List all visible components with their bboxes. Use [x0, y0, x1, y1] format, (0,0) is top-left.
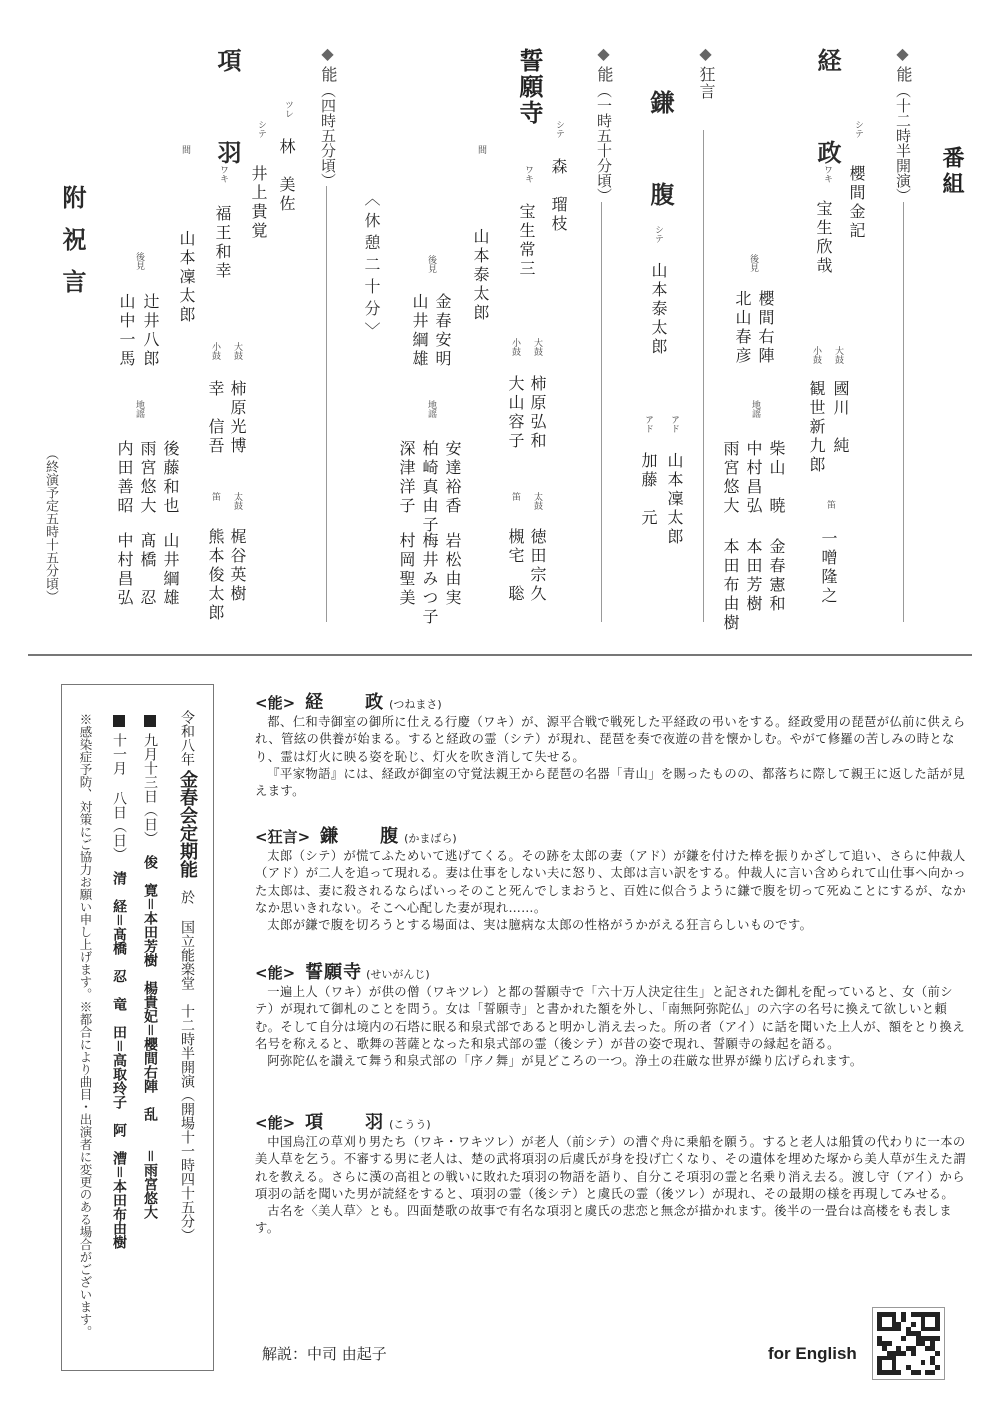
role-label: ワキ — [218, 165, 228, 183]
commentary-title: 誓願寺 — [305, 962, 362, 983]
role-label: アド — [669, 415, 679, 433]
qr-code-icon[interactable] — [872, 1307, 945, 1380]
jiutai-label: 地謡 — [750, 400, 760, 418]
role-label: 太鼓 — [532, 492, 542, 510]
hayashi-name: 一噌隆之 — [818, 530, 838, 606]
jiutai-label: 地謡 — [426, 400, 436, 418]
jiutai-name: 後藤和也 — [160, 440, 180, 516]
jiutai-name: 中村昌弘 — [743, 440, 763, 516]
commentary-seiganji: <能>誓願寺(せいがんじ) 一遍上人（ワキ）が供の僧（ワキツレ）と都の誓願寺で「… — [255, 962, 970, 1070]
role-label: 笛 — [210, 492, 220, 501]
square-bullet-icon — [144, 715, 156, 727]
divider-line — [703, 130, 704, 622]
schedule-row: 九月十三日（日）俊 寛＝本田芳樹 楊貴妃＝櫻間右陣 乱 ＝雨宮悠大 — [140, 715, 160, 1219]
role-label: ツレ — [283, 100, 293, 118]
diamond-icon: ◆ — [594, 44, 613, 63]
commentary-tsunemasa: <能>経 政(つねまさ) 都、仁和寺御室の御所に仕える行慶（ワキ）が、源平合戦で… — [255, 692, 970, 800]
jiutai-name: 安達裕香 — [442, 440, 462, 516]
hayashi-name: 梶谷英樹 — [227, 528, 247, 604]
play-title-tsukeshugen: 附祝言 — [55, 185, 90, 311]
hayashi-name: 観世新九郎 — [806, 380, 826, 475]
role-label: シテ — [554, 120, 564, 138]
role-label: 小鼓 — [210, 342, 220, 360]
koken-name: 金春安明 — [432, 293, 452, 369]
role-label: 小鼓 — [510, 338, 520, 356]
cast-name: 櫻間金記 — [846, 165, 866, 241]
schedule-row: 十一月 八日（日）清 経＝髙橋 忍 竜 田＝高取玲子 阿 漕＝本田布由樹 — [109, 715, 129, 1249]
event-title: 金春会定期能 — [177, 770, 198, 878]
cast-name: 山本泰太郎 — [470, 228, 490, 323]
koken-name: 山井綱雄 — [409, 293, 429, 369]
role-label: 間 — [180, 145, 190, 154]
role-label: 大鼓 — [232, 342, 242, 360]
section-heading-seiganji: 能（一時五十分頃） — [593, 66, 616, 203]
play-title-seiganji: 誓願寺 — [512, 48, 547, 126]
koken-name: 北山春彦 — [732, 290, 752, 366]
role-label: 大鼓 — [833, 346, 843, 364]
role-label: 小鼓 — [811, 346, 821, 364]
jiutai-name: 中村昌弘 — [114, 532, 134, 608]
hayashi-name: 徳田宗久 — [527, 528, 547, 604]
role-label: 大鼓 — [532, 338, 542, 356]
hayashi-name: 大山容子 — [505, 375, 525, 451]
hayashi-name: 幸 信吾 — [205, 380, 225, 456]
end-time-note: （終演予定五時十五分頃） — [41, 447, 60, 603]
intermission-note: 〈休憩二十分〉 — [360, 190, 383, 344]
hayashi-name: 國川 純 — [830, 380, 850, 456]
section-heading-kou: 能（四時五分頃） — [317, 66, 340, 188]
commentary-kou: <能>項 羽(こうう) 中国烏江の草刈り男たち（ワキ・ワキツレ）が老人（前シテ）… — [255, 1112, 970, 1238]
commentary-kamabara: <狂言>鎌 腹(かまばら) 太郎（シテ）が慌てふためいて逃げてくる。その跡を太郎… — [255, 826, 970, 934]
jiutai-name: 深津洋子 — [396, 440, 416, 516]
role-label: 間 — [476, 145, 486, 154]
diamond-icon: ◆ — [893, 44, 912, 63]
info-header: 令和八年金春会定期能於 国立能楽堂 十二時半開演（開場十一時四十五分） — [174, 710, 200, 1242]
cast-name: 林 美佐 — [276, 138, 296, 214]
koken-label: 後見 — [748, 254, 758, 272]
jiutai-name: 柴山 暁 — [766, 440, 786, 516]
role-label: ワキ — [822, 165, 832, 183]
jiutai-name: 柏崎真由子 — [419, 440, 439, 535]
cast-name: 森 瑠枝 — [548, 158, 568, 234]
commentary-title: 経 政 — [305, 692, 395, 713]
role-label: 笛 — [510, 492, 520, 501]
role-label: シテ — [653, 225, 663, 243]
koken-name: 櫻間右陣 — [755, 290, 775, 366]
jiutai-name: 本田布由樹 — [720, 538, 740, 633]
cast-name: 宝生常三 — [516, 203, 536, 279]
jiutai-name: 山井綱雄 — [160, 532, 180, 608]
jiutai-name: 雨宮悠大 — [137, 440, 157, 516]
upcoming-performances-box: 令和八年金春会定期能於 国立能楽堂 十二時半開演（開場十一時四十五分） 九月十三… — [61, 684, 214, 1371]
cast-name: 宝生欣哉 — [813, 200, 833, 276]
cast-name: 井上貴覚 — [248, 165, 268, 241]
divider-line — [903, 202, 904, 622]
cast-name: 山本泰太郎 — [648, 262, 668, 357]
role-label: ワキ — [523, 165, 533, 183]
role-label: 太鼓 — [232, 492, 242, 510]
venue: 於 国立能楽堂 十二時半開演（開場十一時四十五分） — [179, 890, 195, 1242]
hayashi-name: 柿原光博 — [227, 380, 247, 456]
square-bullet-icon — [113, 715, 125, 727]
for-english-link[interactable]: for English — [768, 1344, 857, 1364]
jiutai-name: 雨宮悠大 — [720, 440, 740, 516]
cast-name: 加藤 元 — [638, 452, 658, 528]
role-label: 笛 — [825, 500, 835, 509]
koken-name: 辻井八郎 — [140, 293, 160, 369]
commentary-author: 解説：中司 由起子 — [262, 1343, 387, 1364]
divider-line — [601, 202, 602, 622]
hayashi-name: 槻宅 聡 — [505, 528, 525, 604]
koken-label: 後見 — [134, 252, 144, 270]
play-title-kamabara: 鎌 腹 — [643, 90, 678, 228]
divider-line — [326, 186, 327, 622]
role-label: シテ — [256, 120, 266, 138]
jiutai-name: 本田芳樹 — [743, 538, 763, 614]
jiutai-label: 地謡 — [134, 400, 144, 418]
section-heading-kamabara: 狂言 — [695, 66, 718, 100]
jiutai-name: 村岡聖美 — [396, 532, 416, 608]
koken-label: 後見 — [426, 255, 436, 273]
section-divider — [28, 654, 972, 656]
diamond-icon: ◆ — [318, 44, 337, 63]
commentary-title: 項 羽 — [305, 1112, 395, 1133]
cast-name: 山本凜太郎 — [176, 230, 196, 325]
hayashi-name: 柿原弘和 — [527, 375, 547, 451]
role-label: アド — [643, 415, 653, 433]
jiutai-name: 内田善昭 — [114, 440, 134, 516]
jiutai-name: 髙橋 忍 — [137, 532, 157, 608]
notice-text: ※感染症予防、対策にご協力お願い申し上げます。※都合により曲目・出演者に変更のあ… — [76, 713, 94, 1338]
cast-name: 山本凜太郎 — [664, 452, 684, 547]
program-title: 番組 — [937, 146, 968, 198]
jiutai-name: 梅井みつ子 — [419, 532, 439, 627]
hayashi-name: 熊本俊太郎 — [205, 528, 225, 623]
section-heading-tsunemasa: 能（十二時半開演） — [892, 66, 915, 203]
cast-name: 福王和幸 — [212, 205, 232, 281]
jiutai-name: 金春憲和 — [766, 538, 786, 614]
koken-name: 山中一馬 — [116, 293, 136, 369]
commentary-title: 鎌 腹 — [320, 826, 410, 847]
diamond-icon: ◆ — [696, 44, 715, 63]
role-label: シテ — [853, 120, 863, 138]
jiutai-name: 岩松由実 — [442, 532, 462, 608]
